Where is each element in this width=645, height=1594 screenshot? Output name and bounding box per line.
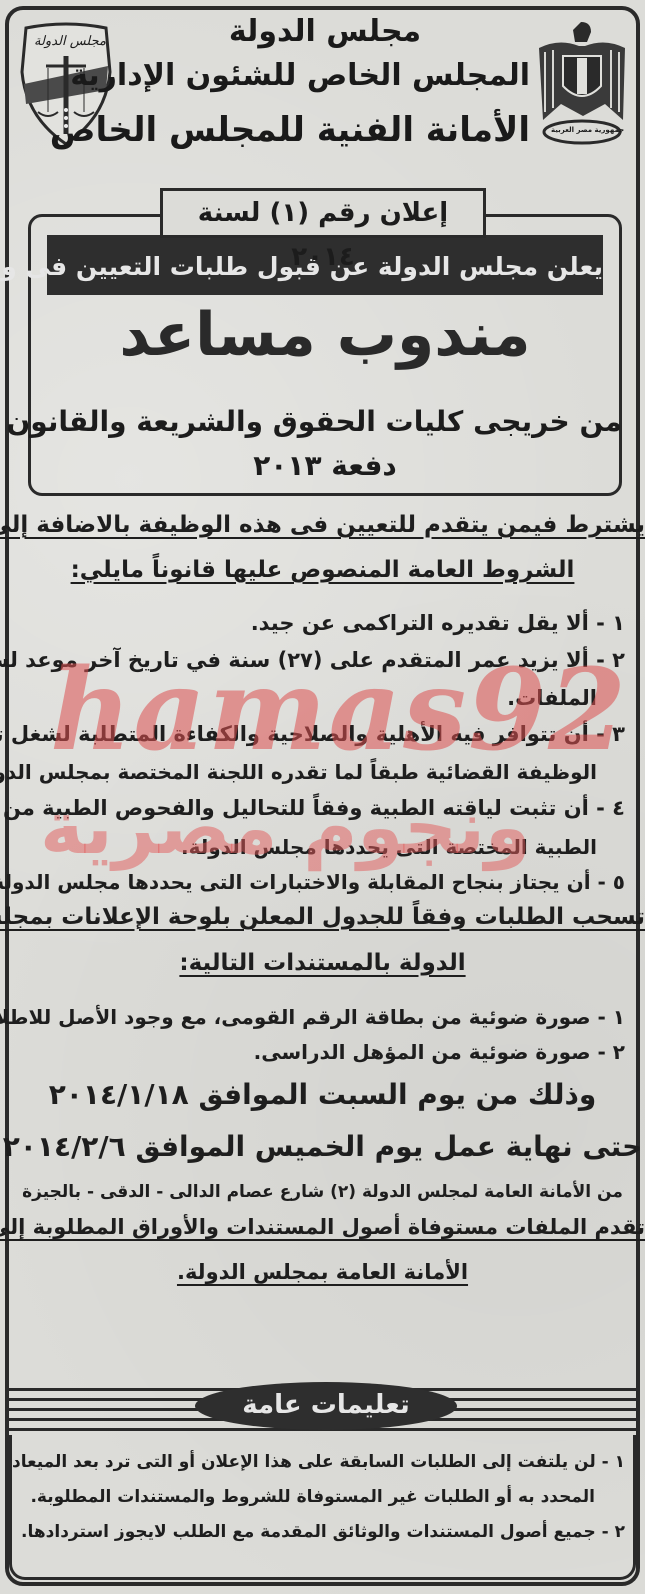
document-item-2: ٢ - صورة ضوئية من المؤهل الدراسى.	[254, 1040, 625, 1064]
schedule-start-date: وذلك من يوم السبت الموافق ٢٠١٤/١/١٨	[0, 1078, 645, 1111]
condition-item-2-line-1: ٢ - ألا يزيد عمر المتقدم على (٢٧) سنة في…	[0, 648, 625, 672]
submission-instructions-line-1: تقدم الملفات مستوفاة أصول المستندات والأ…	[0, 1215, 645, 1239]
condition-item-5: ٥ - أن يجتاز بنجاح المقابلة والاختبارات …	[0, 870, 625, 894]
emblem-banner-text: جمهورية مصر العربية	[551, 126, 624, 134]
condition-item-3-line-1: ٣ - أن تتوافر فيه الأهلية والصلاحية والك…	[0, 722, 625, 746]
condition-item-4-line-2: الطبية المختصة التى يحددها مجلس الدولة.	[181, 835, 597, 859]
submission-instructions-line-2: الأمانة العامة بمجلس الدولة.	[0, 1260, 645, 1284]
documents-heading-line-2: الدولة بالمستندات التالية:	[0, 950, 645, 976]
header-title-line-3: الأمانة الفنية للمجلس الخاص	[120, 110, 530, 150]
condition-item-4-line-1: ٤ - أن تثبت لياقته الطبية وفقاً للتحاليل…	[0, 796, 625, 820]
conditions-heading-line-2: الشروط العامة المنصوص عليها قانوناً مايل…	[0, 557, 645, 583]
job-title: مندوب مساعد	[28, 300, 622, 370]
condition-item-2-line-2: الملفات.	[507, 686, 597, 710]
header: مجلس الدولة جمهورية مصر العربية مجلس الد…	[0, 0, 645, 180]
graduation-batch: دفعة ٢٠١٣	[28, 449, 622, 482]
announcement-number: إعلان رقم (١) لسنة ٢٠١٤	[160, 188, 486, 238]
header-title-line-1: مجلس الدولة	[120, 14, 530, 49]
document-item-1: ١ - صورة ضوئية من بطاقة الرقم القومى، مع…	[0, 1005, 625, 1029]
condition-item-3-line-2: الوظيفة القضائية طبقاً لما تقدره اللجنة …	[0, 760, 597, 784]
instruction-item-1-line-2: المحدد به أو الطلبات غير المستوفاة للشرو…	[30, 1487, 595, 1507]
schedule-end-date: حتى نهاية عمل يوم الخميس الموافق ٢٠١٤/٢/…	[0, 1130, 645, 1163]
condition-item-1: ١ - ألا يقل تقديره التراكمى عن جيد.	[251, 611, 625, 635]
shield-logo-text: مجلس الدولة	[34, 34, 106, 49]
general-instructions-title: تعليمات عامة	[195, 1382, 457, 1430]
instruction-item-1-line-1: ١ - لن يلتفت إلى الطلبات السابقة على هذا…	[12, 1452, 625, 1472]
documents-heading-line-1: تسحب الطلبات وفقاً للجدول المعلن بلوحة ا…	[0, 904, 645, 930]
conditions-heading-line-1: يشترط فيمن يتقدم للتعيين فى هذه الوظيفة …	[0, 512, 645, 538]
instruction-item-2: ٢ - جميع أصول المستندات والوثائق المقدمة…	[21, 1522, 625, 1542]
submission-address: من الأمانة العامة لمجلس الدولة (٢) شارع …	[0, 1182, 645, 1202]
header-title-line-2: المجلس الخاص للشئون الإدارية	[120, 58, 530, 93]
eligible-graduates: من خريجى كليات الحقوق والشريعة والقانون …	[28, 405, 622, 438]
egypt-eagle-emblem-icon: جمهورية مصر العربية	[535, 20, 630, 148]
